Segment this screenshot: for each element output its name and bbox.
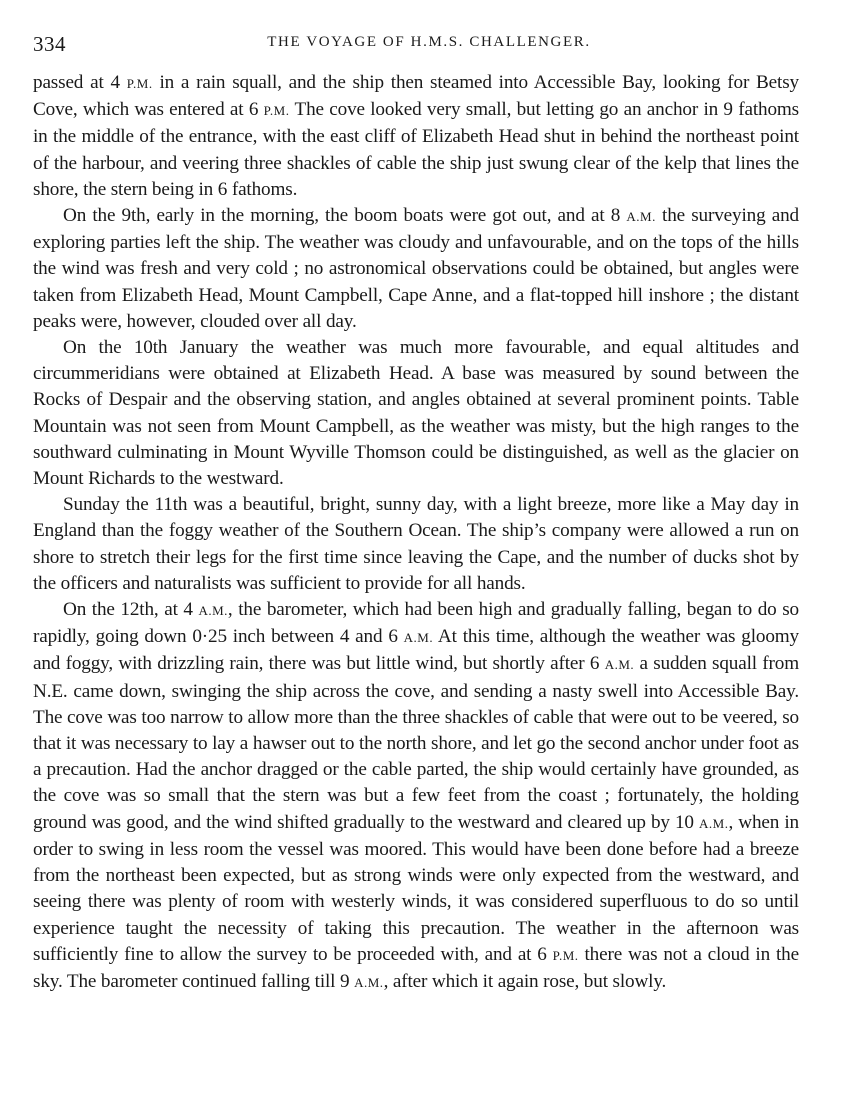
time-abbreviation: A.M. (198, 603, 227, 618)
book-page: 334 THE VOYAGE OF H.M.S. CHALLENGER. pas… (0, 0, 850, 1100)
time-abbreviation: A.M. (404, 630, 433, 645)
time-abbreviation: A.M. (699, 816, 728, 831)
time-abbreviation: A.M. (626, 209, 655, 224)
running-title: THE VOYAGE OF H.M.S. CHALLENGER. (33, 34, 805, 51)
paragraph: passed at 4 P.M. in a rain squall, and t… (33, 70, 799, 203)
body-text: passed at 4 P.M. in a rain squall, and t… (33, 70, 799, 996)
page-header: 334 THE VOYAGE OF H.M.S. CHALLENGER. (33, 28, 805, 58)
time-abbreviation: P.M. (264, 103, 290, 118)
paragraph: Sunday the 11th was a beautiful, bright,… (33, 492, 799, 597)
time-abbreviation: P.M. (127, 76, 153, 91)
time-abbreviation: P.M. (553, 948, 579, 963)
time-abbreviation: A.M. (354, 975, 383, 990)
paragraph: On the 10th January the weather was much… (33, 335, 799, 492)
paragraph: On the 12th, at 4 A.M., the barometer, w… (33, 597, 799, 996)
time-abbreviation: A.M. (605, 657, 634, 672)
paragraph: On the 9th, early in the morning, the bo… (33, 203, 799, 335)
